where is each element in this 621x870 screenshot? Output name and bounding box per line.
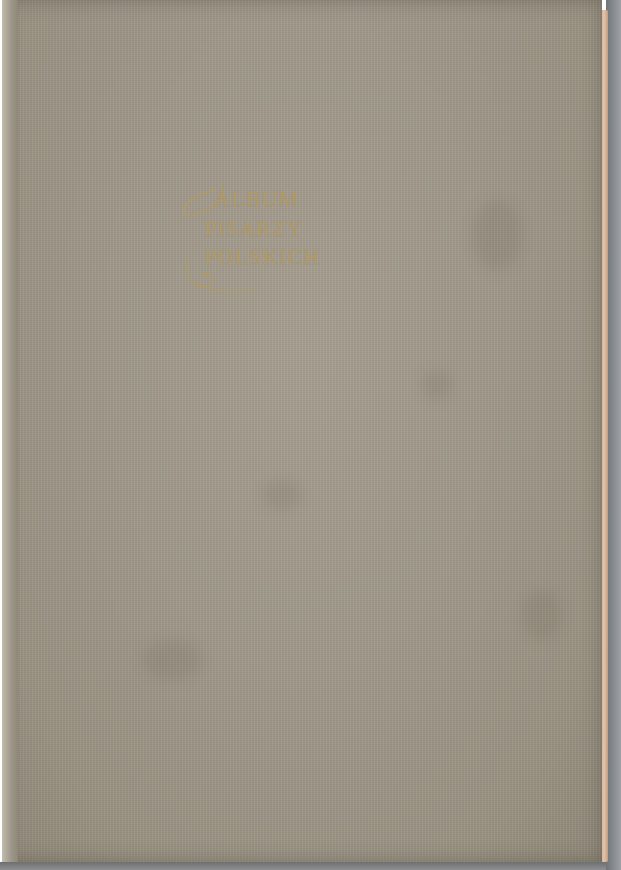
book-cover — [2, 0, 602, 862]
title-line-2: PISARZY — [204, 218, 303, 240]
title-line-1: ALBUM — [214, 188, 298, 210]
scanner-edge — [606, 0, 621, 870]
stain — [262, 480, 302, 510]
bottom-shadow — [0, 862, 606, 870]
title-line-3: POLSKICH — [204, 246, 320, 268]
stain — [142, 640, 202, 680]
stain — [472, 200, 522, 270]
stain — [422, 370, 452, 400]
spine-hinge — [2, 0, 18, 862]
stain — [522, 590, 562, 640]
